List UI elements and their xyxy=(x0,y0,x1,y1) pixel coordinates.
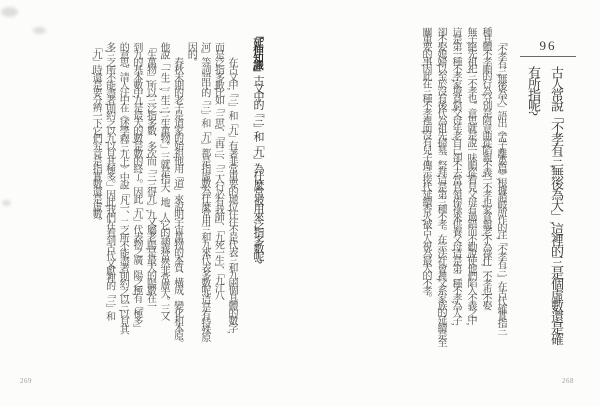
answer-body: 「不孝有三,無後為大」語出《孟子‧離婁篇》,根據趙岐所作的注,「不孝有三」在古代… xyxy=(418,27,508,371)
body-column: 在古文中,「三」和「九」有著非常重要的地位,往往不是代表三和九兩個具體的數字, xyxy=(224,42,238,374)
sidebar-heading-column: 「延伸知識」古文中的「三」和「九」為什麼常被用來泛指多數呢? xyxy=(249,30,267,280)
body-column: 因的。 xyxy=(184,42,198,374)
body-column: 春秋末期的老子是道家的始祖,他用「道」來說明宇宙萬物的本質、構成、變化和本原。 xyxy=(170,42,184,374)
sidebar-question: 古文中的「三」和「九」為什麼常被用來泛指多數呢? xyxy=(252,75,264,261)
body-column: 「生萬物」,所以,三泛指多數、多次,而「三三得九」,九又屬老陽,是最大的陽數,在… xyxy=(143,42,157,374)
page-number-right: 268 xyxy=(562,377,574,385)
body-column: 關重要的事,因此在三種不孝裡面,沒有兒子傳宗接代,延續香火,被古人視為最大的不孝… xyxy=(418,27,433,371)
body-column: 到九的基本數中,九是最大的數,是數的終了。因此「九」代表物之廣、陽之極,有「極多… xyxy=(129,42,143,374)
body-column: 無子,絕先祖祀,三不孝也。意思就是說:一味順從,看見父母有過錯而不勸說,使他們陷… xyxy=(463,27,478,371)
title-divider xyxy=(520,56,576,57)
sidebar-heading: 「延伸知識」古文中的「三」和「九」為什麼常被用來泛指多數呢? xyxy=(249,30,267,280)
book-spread: 96 古人常說「不孝有三,無後為大」,這裡的三是個虛數還是確 有所指呢? 「不孝… xyxy=(0,0,600,406)
body-column: 的意思。清人汪中在《述學‧釋三九上》中說:「凡一、二之所不能盡者,則約之以三,以… xyxy=(116,42,130,374)
body-column: 這是第一種不孝;家境貧窮,父母年老,自己卻不去當官領俸祿來供養父母,這是第二種不… xyxy=(448,27,463,371)
scan-artifact xyxy=(1,7,18,17)
body-column: 「九」時,還是要分辨一下它們究竟是指實數還是虛數。 xyxy=(88,42,102,374)
question-number: 96 xyxy=(521,38,575,54)
body-column: 他說:「一生二,二生三,三生萬物。」三就是指天、地、人,它的涵義當然非常廣大。三… xyxy=(156,42,170,374)
page-number-left: 269 xyxy=(20,377,32,385)
body-column: 種具體不孝順的行為,分別是:阿意曲從,陷親不義,一不孝也;家貧親老,不為祿仕,二… xyxy=(478,27,493,371)
title-column: 有所指呢? xyxy=(522,66,545,368)
body-column: 而是泛指多數,比如「三思」、「再三」、「三人行必有我師」、「九死一生」、「九江八 xyxy=(211,42,225,374)
scan-artifact xyxy=(2,200,11,206)
question-title: 古人常說「不孝有三,無後為大」,這裡的三是個虛數還是確 有所指呢? xyxy=(522,66,568,368)
body-column: 多;三之所不能盡者,則約之以九,以見其極多。」因此,我們在看到古代文獻裡的「三」… xyxy=(102,42,116,374)
title-column: 古人常說「不孝有三,無後為大」,這裡的三是個虛數還是確 xyxy=(545,66,568,368)
body-column: 「不孝有三,無後為大」語出《孟子‧離婁篇》,根據趙岐所作的注,「不孝有三」在古代… xyxy=(493,27,508,371)
sidebar-label: 「延伸知識」 xyxy=(252,30,264,75)
body-column: 河」等詞語中的「三」和「九」都是指虛數,為什麼常用三和九來代表多數呢?這是有特殊… xyxy=(197,42,211,374)
sidebar-body: 在古文中,「三」和「九」有著非常重要的地位,往往不是代表三和九兩個具體的數字, … xyxy=(88,42,238,374)
scan-artifact xyxy=(33,27,46,34)
body-column: 卻不娶媳婦,以至於沒有後代為祖先掃墓、祭拜,這是第三種不孝。在宗法社會裡,父系家… xyxy=(433,27,448,371)
